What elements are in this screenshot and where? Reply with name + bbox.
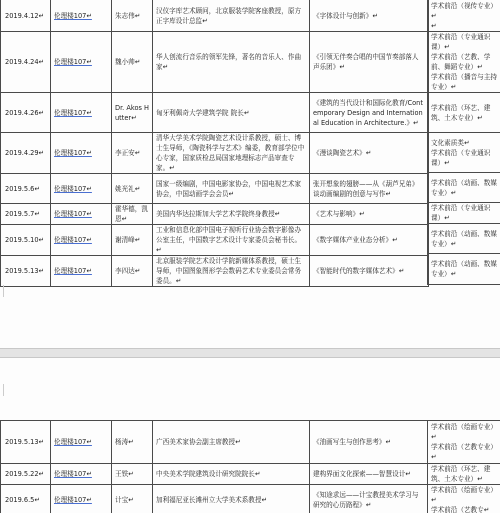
speaker-title-cell[interactable]: 美国内华达拉斯加大学艺术学院终身教授↵ [153, 204, 310, 225]
location-cell[interactable]: 伦理楼107↵ [51, 133, 112, 174]
course-cell[interactable]: 学术前沿（环艺、建筑、土木专业）↵ [428, 93, 500, 133]
location-cell[interactable]: 伦理楼107↵ [51, 0, 112, 32]
table-row: 2019.6.5↵伦理楼107↵计宝↵加利福尼亚长滩州立大学美术系教授↵《知途求… [1, 485, 500, 513]
date-cell[interactable]: 2019.5.6↵ [1, 174, 51, 204]
date-cell[interactable]: 2019.5.7↵ [1, 204, 51, 225]
course-cell[interactable]: 学术前沿（动画、数媒专业）↵ [428, 173, 500, 203]
speaker-cell[interactable]: 王铁↵ [112, 464, 153, 485]
table-row: 2019.4.26↵伦理楼107↵Dr. Akos Hutter↵匈牙利佩奇大学… [1, 93, 429, 133]
table-row: 2019.4.24↵伦理楼107↵魏小帅↵华人创流行音乐的领军先锋，著名的音乐人… [1, 32, 429, 93]
table-row: 学术前沿（视传专业）↵↵ [428, 0, 500, 32]
table-row: 2019.5.6↵伦理楼107↵姚光礼↵国家一级编剧，中国电影家协会，中国电视艺… [1, 174, 429, 204]
speaker-title-cell[interactable]: 北京服装学院艺术设计学院新媒体系教授，硕士生导师，中国图象图形学会数码艺术专业委… [153, 256, 310, 287]
table-row: 2019.5.13↵伦理楼107↵李四达↵北京服装学院艺术设计学院新媒体系教授，… [1, 256, 429, 287]
location-cell[interactable]: 伦理楼107↵ [51, 204, 112, 225]
speaker-cell[interactable]: 计宝↵ [112, 485, 153, 513]
table-row: 学术前沿（动画、数媒专业）↵ [428, 254, 500, 285]
speaker-cell[interactable]: 朱志伟↵ [112, 0, 153, 32]
topic-cell[interactable]: 《油画写生与创作思考》↵ [310, 421, 428, 464]
speaker-title-cell[interactable]: 加利福尼亚长滩州立大学美术系教授↵ [153, 485, 310, 513]
topic-cell[interactable]: 《知途求远——计宝教授美术学习与研究的心历路程》↵ [310, 485, 428, 513]
topic-cell[interactable]: 张开想象的翅膀——从《葫芦兄弟》谈动画编剧的创意与写作↵ [310, 174, 429, 204]
speaker-cell[interactable]: 霍华德，凯恩↵ [112, 204, 153, 225]
speaker-cell[interactable]: Dr. Akos Hutter↵ [112, 93, 153, 133]
table-row: 学术前沿（动画、数媒专业）↵ [428, 173, 500, 203]
lecture-table-page-1: 2019.4.12↵伦理楼107↵朱志伟↵汉仪字库艺术顾问，北京服装学院客座教授… [0, 0, 429, 287]
speaker-title-cell[interactable]: 华人创流行音乐的领军先锋，著名的音乐人、作曲家↵ [153, 32, 310, 93]
location-cell[interactable]: 伦理楼107↵ [51, 32, 112, 93]
date-cell[interactable]: 2019.6.5↵ [1, 485, 51, 513]
table-row: 学术前沿（动画、数媒专业）↵ [428, 224, 500, 254]
course-cell[interactable]: 学术前沿（动画、数媒专业）↵ [428, 254, 500, 285]
speaker-cell[interactable]: 杨涛↵ [112, 421, 153, 464]
table-row: 2019.4.29↵伦理楼107↵李正安↵清华大学美术学院陶瓷艺术设计系教授，硕… [1, 133, 429, 174]
speaker-title-cell[interactable]: 国家一级编剧，中国电影家协会，中国电视艺术家协会，中国动画学会会员↵ [153, 174, 310, 204]
speaker-cell[interactable]: 谢清峰↵ [112, 225, 153, 256]
table-row: 文化素质类↵学术前沿（专业通识课）↵ [428, 133, 500, 173]
course-cell[interactable]: 学术前沿（绘画专业）↵学术前沿（艺教专↵ [428, 485, 500, 513]
speaker-title-cell[interactable]: 清华大学美术学院陶瓷艺术设计系教授，硕士、博士生导师，《陶瓷科学与艺术》编委，教… [153, 133, 310, 174]
location-cell[interactable]: 伦理楼107↵ [51, 174, 112, 204]
table-row: 2019.5.13↵伦理楼107↵杨涛↵广西美术家协会副主席教授↵《油画写生与创… [1, 421, 500, 464]
speaker-cell[interactable]: 魏小帅↵ [112, 32, 153, 93]
course-column-page-1: 学术前沿（视传专业）↵↵学术前沿（专业通识课）↵学术前沿（艺教、学前、舞蹈专业）… [427, 0, 500, 285]
course-cell[interactable]: 学术前沿（视传专业）↵↵ [428, 0, 500, 32]
speaker-cell[interactable]: 李正安↵ [112, 133, 153, 174]
location-cell[interactable]: 伦理楼107↵ [51, 93, 112, 133]
topic-cell[interactable]: 《艺术与影响》↵ [310, 204, 429, 225]
date-cell[interactable]: 2019.4.26↵ [1, 93, 51, 133]
speaker-title-cell[interactable]: 工业和信息化部中国电子视听行业协会数字影像办公室主任，中国数字艺术设计专家委员会… [153, 225, 310, 256]
date-cell[interactable]: 2019.5.13↵ [1, 421, 51, 464]
page-break-gap [0, 348, 500, 358]
topic-cell[interactable]: 《引领无伴奏合唱的中国节奏部落人声乐团》↵ [310, 32, 429, 93]
table-row: 学术前沿（专业通识课）↵学术前沿（艺教、学前、舞蹈专业）↵学术前沿（播音与主持专… [428, 32, 500, 93]
topic-cell[interactable]: 《建筑的当代设计和国际化教育/Contemporary Design and I… [310, 93, 429, 133]
location-cell[interactable]: 伦理楼107↵ [51, 256, 112, 287]
location-cell[interactable]: 伦理楼107↵ [51, 421, 112, 464]
topic-cell[interactable]: 《漫谈陶瓷艺术》↵ [310, 133, 429, 174]
speaker-title-cell[interactable]: 匈牙利佩奇大学建筑学院 院长↵ [153, 93, 310, 133]
speaker-title-cell[interactable]: 中央美术学院建筑设计研究院院长↵ [153, 464, 310, 485]
speaker-title-cell[interactable]: 广西美术家协会副主席教授↵ [153, 421, 310, 464]
date-cell[interactable]: 2019.5.22↵ [1, 464, 51, 485]
table-row: 学术前沿（环艺、建筑、土木专业）↵ [428, 93, 500, 133]
table-row: 学术前沿（专业通识课）↵ [428, 203, 500, 224]
topic-cell[interactable]: 《智能时代的数字媒体艺术》↵ [310, 256, 429, 287]
speaker-cell[interactable]: 姚光礼↵ [112, 174, 153, 204]
topic-cell[interactable]: 《字体设计与创新》↵ [310, 0, 429, 32]
table-row: 2019.5.10↵伦理楼107↵谢清峰↵工业和信息化部中国电子视听行业协会数字… [1, 225, 429, 256]
speaker-cell[interactable]: 李四达↵ [112, 256, 153, 287]
location-cell[interactable]: 伦理楼107↵ [51, 485, 112, 513]
table-row: 2019.5.7↵伦理楼107↵霍华德，凯恩↵美国内华达拉斯加大学艺术学院终身教… [1, 204, 429, 225]
date-cell[interactable]: 2019.5.13↵ [1, 256, 51, 287]
course-cell[interactable]: 文化素质类↵学术前沿（专业通识课）↵ [428, 133, 500, 173]
lecture-table-page-2: 2019.5.13↵伦理楼107↵杨涛↵广西美术家协会副主席教授↵《油画写生与创… [0, 420, 500, 513]
table-row: 2019.5.22↵伦理楼107↵王铁↵中央美术学院建筑设计研究院院长↵建构界面… [1, 464, 500, 485]
date-cell[interactable]: 2019.4.12↵ [1, 0, 51, 32]
text-cursor-margin [3, 384, 4, 396]
date-cell[interactable]: 2019.4.29↵ [1, 133, 51, 174]
course-cell[interactable]: 学术前沿（动画、数媒专业）↵ [428, 224, 500, 254]
document-page-2: 2019.5.13↵伦理楼107↵杨涛↵广西美术家协会副主席教授↵《油画写生与创… [0, 358, 500, 513]
topic-cell[interactable]: 《数字媒体产业业态分析》↵ [310, 225, 429, 256]
topic-cell[interactable]: 建构界面文化探索——智慧设计↵ [310, 464, 428, 485]
location-cell[interactable]: 伦理楼107↵ [51, 225, 112, 256]
document-page-1: 2019.4.12↵伦理楼107↵朱志伟↵汉仪字库艺术顾问，北京服装学院客座教授… [0, 0, 500, 344]
speaker-title-cell[interactable]: 汉仪字库艺术顾问，北京服装学院客座教授，原方正字库设计总监↵ [153, 0, 310, 32]
course-cell[interactable]: 学术前沿（专业通识课）↵ [428, 203, 500, 224]
location-cell[interactable]: 伦理楼107↵ [51, 464, 112, 485]
date-cell[interactable]: 2019.5.10↵ [1, 225, 51, 256]
date-cell[interactable]: 2019.4.24↵ [1, 32, 51, 93]
table-row: 2019.4.12↵伦理楼107↵朱志伟↵汉仪字库艺术顾问，北京服装学院客座教授… [1, 0, 429, 32]
text-cursor-margin [3, 285, 4, 297]
course-cell[interactable]: 学术前沿（专业通识课）↵学术前沿（艺教、学前、舞蹈专业）↵学术前沿（播音与主持专… [428, 32, 500, 93]
course-cell[interactable]: 学术前沿（绘画专业）↵学术前沿（艺教专业）↵ [428, 421, 500, 464]
course-cell[interactable]: 学术前沿（环艺、建筑、土木专业）↵ [428, 464, 500, 485]
